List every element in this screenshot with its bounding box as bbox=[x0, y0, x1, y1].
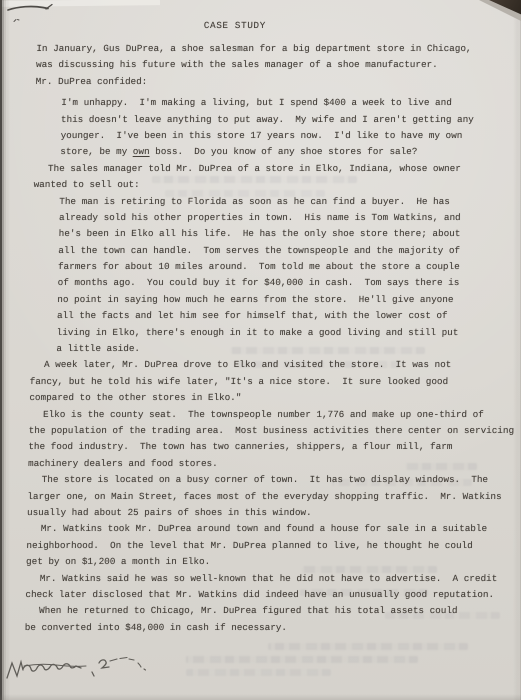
text-line: Mr. DuPrea confided: bbox=[36, 74, 521, 90]
text-line: I'm unhappy. I'm making a living, but I … bbox=[35, 95, 521, 111]
text-line: A week later, Mr. DuPrea drove to Elko a… bbox=[30, 357, 516, 373]
text-segment: boss. Do you know of any shoe stores for… bbox=[149, 146, 417, 157]
text-line: the food industry. The town has two cann… bbox=[28, 439, 514, 455]
text-line: Mr. Watkins said he was so well-known th… bbox=[26, 571, 512, 587]
text-line: all the town can handle. Tom serves the … bbox=[32, 243, 518, 259]
text-line: younger. I've been in this store 17 year… bbox=[34, 128, 520, 144]
bleed-through-smudge bbox=[268, 643, 468, 650]
text-line: get by on $1,200 a month in Elko. bbox=[26, 554, 512, 570]
case-study-text: In January, Gus DuPrea, a shoe salesman … bbox=[25, 41, 521, 636]
text-line: larger one, on Main Street, faces most o… bbox=[27, 489, 513, 505]
text-line: store, be my own boss. Do you know of an… bbox=[34, 144, 520, 160]
text-line: neighborhood. On the level that Mr. DuPr… bbox=[26, 538, 512, 554]
text-line: farmers for about 10 miles around. Tom t… bbox=[32, 259, 518, 275]
scanned-document-page: CASE STUDY In January, Gus DuPrea, a sho… bbox=[0, 0, 521, 700]
text-line: The sales manager told Mr. DuPrea of a s… bbox=[34, 161, 520, 177]
text-line: fancy, but he told his wife later, "It's… bbox=[30, 374, 516, 390]
text-line: all the facts and let him see for himsel… bbox=[31, 308, 517, 324]
signature-scribble bbox=[2, 650, 162, 695]
bleed-through-smudge bbox=[186, 656, 418, 663]
text-line: Mr. Watkins took Mr. DuPrea around town … bbox=[27, 521, 513, 537]
text-line: a little aside. bbox=[30, 341, 516, 357]
bleed-through-smudge bbox=[186, 669, 331, 676]
text-line: The man is retiring to Florida as soon a… bbox=[33, 194, 519, 210]
pen-mark-top-left bbox=[2, 0, 72, 30]
text-line: was discussing his future with the sales… bbox=[36, 57, 521, 73]
underlined-word: own bbox=[133, 146, 150, 157]
text-line: no point in saying how much he earns fro… bbox=[31, 292, 517, 308]
text-line: already sold his other properties in tow… bbox=[33, 210, 519, 226]
document-title: CASE STUDY bbox=[204, 18, 266, 34]
scan-edge-shadow-right bbox=[513, 0, 521, 700]
typewritten-text-block: CASE STUDY In January, Gus DuPrea, a sho… bbox=[25, 18, 521, 636]
text-line: When he returned to Chicago, Mr. DuPrea … bbox=[25, 603, 511, 619]
text-line: Elko is the county seat. The townspeople… bbox=[29, 407, 515, 423]
text-line: The store is located on a busy corner of… bbox=[28, 472, 514, 488]
text-line: the population of the trading area. Most… bbox=[29, 423, 515, 439]
text-line: wanted to sell out: bbox=[33, 177, 519, 193]
text-line: usually had about 25 pairs of shoes in t… bbox=[27, 505, 513, 521]
text-line: be converted into $48,000 in cash if nec… bbox=[25, 620, 511, 636]
text-line: check later disclosed that Mr. Watkins d… bbox=[25, 587, 511, 603]
text-segment: store, be my bbox=[60, 146, 133, 157]
text-line: of months ago. You could buy it for $40,… bbox=[32, 275, 518, 291]
text-line: he's been in Elko all his life. He has t… bbox=[32, 226, 518, 242]
text-line: compared to the other stores in Elko." bbox=[29, 390, 515, 406]
text-line: living in Elko, there's enough in it to … bbox=[31, 325, 517, 341]
scan-edge-shadow-left bbox=[0, 0, 10, 700]
text-line: In January, Gus DuPrea, a shoe salesman … bbox=[36, 41, 521, 57]
text-line: machinery dealers and food stores. bbox=[28, 456, 514, 472]
text-line: this doesn't leave anything to put away.… bbox=[35, 112, 521, 128]
